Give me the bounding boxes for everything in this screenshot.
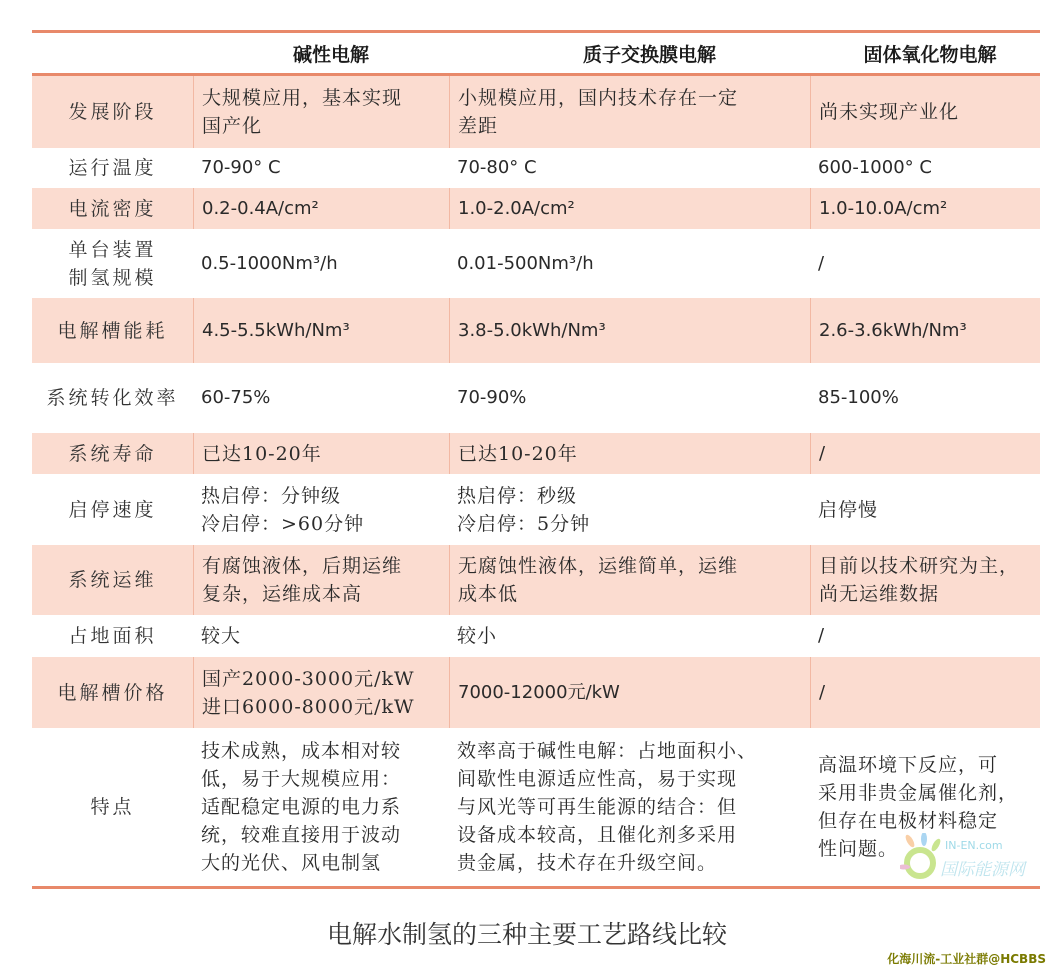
pem-cell: 3.8-5.0kWh/Nm³ bbox=[449, 298, 810, 363]
row-label: 特点 bbox=[32, 728, 193, 886]
alkaline-cell: 技术成熟，成本相对较 低，易于大规模应用： 适配稳定电源的电力系 统，较难直接用… bbox=[193, 728, 449, 886]
alkaline-cell: 大规模应用，基本实现 国产化 bbox=[193, 76, 449, 148]
pem-cell: 0.01-500Nm³/h bbox=[449, 229, 810, 298]
table-row: 占地面积较大较小/ bbox=[32, 615, 1040, 657]
figure-caption: 电解水制氢的三种主要工艺路线比较 bbox=[0, 915, 1054, 951]
alkaline-cell: 70-90° C bbox=[193, 148, 449, 188]
alkaline-cell: 0.5-1000Nm³/h bbox=[193, 229, 449, 298]
watermark-cn: 国际能源网 bbox=[940, 855, 1025, 880]
watermark-logo: IN-EN.com 国际能源网 bbox=[900, 833, 1050, 883]
table-row: 系统转化效率60-75%70-90%85-100% bbox=[32, 363, 1040, 433]
pem-cell: 无腐蚀性液体，运维简单，运维 成本低 bbox=[449, 545, 810, 615]
pem-cell: 70-80° C bbox=[449, 148, 810, 188]
bottom-rule bbox=[32, 886, 1040, 889]
watermark-en: IN-EN.com bbox=[945, 839, 1003, 852]
pem-cell: 已达10-20年 bbox=[449, 433, 810, 474]
soec-cell: / bbox=[810, 229, 1040, 298]
row-label: 占地面积 bbox=[32, 615, 193, 657]
table-row: 电解槽价格国产2000-3000元/kW 进口6000-8000元/kW7000… bbox=[32, 657, 1040, 728]
table-row: 电解槽能耗4.5-5.5kWh/Nm³3.8-5.0kWh/Nm³2.6-3.6… bbox=[32, 298, 1040, 363]
alkaline-cell: 0.2-0.4A/cm² bbox=[193, 188, 449, 229]
pem-cell: 7000-12000元/kW bbox=[449, 657, 810, 728]
sun-logo-icon bbox=[900, 833, 944, 883]
soec-cell: 尚未实现产业化 bbox=[810, 76, 1040, 148]
pem-cell: 1.0-2.0A/cm² bbox=[449, 188, 810, 229]
soec-cell: 1.0-10.0A/cm² bbox=[810, 188, 1040, 229]
header-alkaline: 碱性电解 bbox=[193, 40, 449, 67]
header-soec: 固体氧化物电解 bbox=[810, 40, 1040, 67]
soec-cell: 85-100% bbox=[810, 363, 1040, 433]
soec-cell: 2.6-3.6kWh/Nm³ bbox=[810, 298, 1040, 363]
header-pem: 质子交换膜电解 bbox=[449, 40, 810, 67]
alkaline-cell: 国产2000-3000元/kW 进口6000-8000元/kW bbox=[193, 657, 449, 728]
alkaline-cell: 60-75% bbox=[193, 363, 449, 433]
soec-cell: / bbox=[810, 657, 1040, 728]
row-label: 电流密度 bbox=[32, 188, 193, 229]
header-row: 碱性电解 质子交换膜电解 固体氧化物电解 bbox=[32, 33, 1040, 76]
soec-cell: 600-1000° C bbox=[810, 148, 1040, 188]
soec-cell: 启停慢 bbox=[810, 474, 1040, 545]
soec-cell: / bbox=[810, 615, 1040, 657]
alkaline-cell: 较大 bbox=[193, 615, 449, 657]
table-body: 发展阶段大规模应用，基本实现 国产化小规模应用，国内技术存在一定 差距尚未实现产… bbox=[32, 76, 1040, 886]
soec-cell: / bbox=[810, 433, 1040, 474]
comparison-table: 碱性电解 质子交换膜电解 固体氧化物电解 发展阶段大规模应用，基本实现 国产化小… bbox=[32, 30, 1040, 889]
alkaline-cell: 热启停：分钟级 冷启停：>60分钟 bbox=[193, 474, 449, 545]
pem-cell: 热启停：秒级 冷启停：5分钟 bbox=[449, 474, 810, 545]
row-label: 系统转化效率 bbox=[32, 363, 193, 433]
table-row: 启停速度热启停：分钟级 冷启停：>60分钟热启停：秒级 冷启停：5分钟启停慢 bbox=[32, 474, 1040, 545]
row-label: 启停速度 bbox=[32, 474, 193, 545]
table-row: 特点技术成熟，成本相对较 低，易于大规模应用： 适配稳定电源的电力系 统，较难直… bbox=[32, 728, 1040, 886]
table-row: 系统寿命已达10-20年已达10-20年/ bbox=[32, 433, 1040, 474]
table-row: 单台装置 制氢规模0.5-1000Nm³/h0.01-500Nm³/h/ bbox=[32, 229, 1040, 298]
source-credit: 化海川流-工业社群@HCBBS bbox=[887, 950, 1046, 967]
row-label: 电解槽能耗 bbox=[32, 298, 193, 363]
table-row: 电流密度0.2-0.4A/cm²1.0-2.0A/cm²1.0-10.0A/cm… bbox=[32, 188, 1040, 229]
pem-cell: 较小 bbox=[449, 615, 810, 657]
row-label: 电解槽价格 bbox=[32, 657, 193, 728]
row-label: 运行温度 bbox=[32, 148, 193, 188]
pem-cell: 效率高于碱性电解：占地面积小、 间歇性电源适应性高，易于实现 与风光等可再生能源… bbox=[449, 728, 810, 886]
alkaline-cell: 已达10-20年 bbox=[193, 433, 449, 474]
pem-cell: 小规模应用，国内技术存在一定 差距 bbox=[449, 76, 810, 148]
row-label: 系统寿命 bbox=[32, 433, 193, 474]
table-row: 系统运维有腐蚀液体，后期运维 复杂，运维成本高无腐蚀性液体，运维简单，运维 成本… bbox=[32, 545, 1040, 615]
row-label: 单台装置 制氢规模 bbox=[32, 229, 193, 298]
alkaline-cell: 4.5-5.5kWh/Nm³ bbox=[193, 298, 449, 363]
pem-cell: 70-90% bbox=[449, 363, 810, 433]
table-row: 运行温度70-90° C70-80° C600-1000° C bbox=[32, 148, 1040, 188]
soec-cell: 目前以技术研究为主， 尚无运维数据 bbox=[810, 545, 1040, 615]
row-label: 系统运维 bbox=[32, 545, 193, 615]
alkaline-cell: 有腐蚀液体，后期运维 复杂，运维成本高 bbox=[193, 545, 449, 615]
row-label: 发展阶段 bbox=[32, 76, 193, 148]
table-row: 发展阶段大规模应用，基本实现 国产化小规模应用，国内技术存在一定 差距尚未实现产… bbox=[32, 76, 1040, 148]
